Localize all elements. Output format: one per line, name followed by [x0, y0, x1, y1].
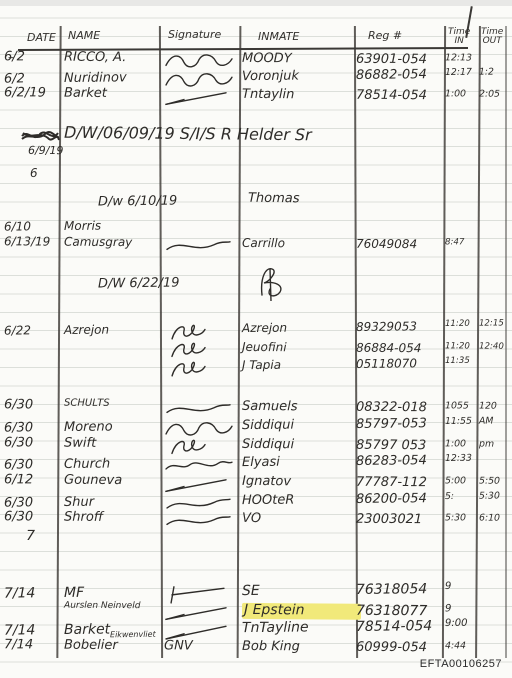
- header-time-out-bottom: OUT: [483, 36, 502, 46]
- cell-time_in: 5:30: [445, 513, 476, 523]
- handwritten-annotation: 6: [30, 166, 38, 180]
- cell-name: SCHULTS: [64, 399, 160, 410]
- cell-inmate: Samuels: [242, 400, 354, 414]
- cell-name: Camusgray: [64, 236, 160, 249]
- cell-name: Bobelier: [64, 639, 160, 653]
- cell-inmate: Bob King: [242, 640, 354, 654]
- scan-edge: [0, 0, 512, 6]
- cell-time_in: 9:00: [445, 619, 476, 629]
- cell-reg: 77787-112: [356, 476, 442, 490]
- cell-reg: 86200-054: [356, 492, 442, 506]
- header-inmate: INMATE: [258, 30, 299, 43]
- cell-time_in: 12:33: [445, 454, 476, 464]
- cell-time_in: 1:00: [445, 89, 476, 99]
- cell-inmate: J Tapia: [242, 358, 354, 371]
- cell-reg: 78514-054: [356, 619, 442, 634]
- cell-name: RICCO, A.: [64, 51, 160, 65]
- cell-name: Church: [64, 457, 160, 471]
- cell-time_in: 11:20: [445, 342, 476, 351]
- cell-reg: 85797-053: [356, 417, 442, 431]
- header-name: NAME: [68, 29, 100, 42]
- cell-name: Shroff: [64, 511, 160, 525]
- bates-number: EFTA00106257: [420, 658, 502, 670]
- cell-time_in: 11:55: [445, 417, 476, 427]
- cell-name: Azrejon: [64, 323, 160, 336]
- cell-date: 6/30: [4, 510, 58, 523]
- cell-time_out: 12:15: [479, 319, 511, 328]
- cell-time_out: 5:30: [479, 491, 511, 501]
- cell-time_in: 1055: [445, 401, 476, 411]
- header-date: DATE: [27, 31, 56, 44]
- cell-reg: 63901-054: [356, 53, 442, 67]
- cell-time_out: pm: [479, 440, 511, 450]
- signature-scribble: [164, 511, 236, 535]
- cell-reg: 05118070: [356, 357, 442, 370]
- cell-time_out: AM: [479, 416, 511, 426]
- header-reg: Reg #: [368, 29, 402, 42]
- cell-name: MF: [64, 585, 160, 600]
- handwritten-annotation: 7: [26, 528, 35, 544]
- cell-inmate: J Epstein: [242, 603, 361, 620]
- cell-date: 6/22: [4, 324, 58, 337]
- cell-inmate: Siddiqui: [242, 418, 354, 432]
- cell-inmate: HOOteR: [242, 493, 354, 507]
- cell-time_out: 2:05: [479, 90, 511, 100]
- cell-name: Swift: [64, 437, 160, 451]
- cell-reg: 23003021: [356, 513, 442, 527]
- cell-inmate: Ignatov: [242, 475, 354, 489]
- cell-reg: 76318054: [356, 582, 442, 597]
- signature-scribble: [164, 236, 236, 259]
- header-time-in-bottom: IN: [454, 36, 463, 46]
- scanned-log-page: DATE NAME Signature INMATE Reg # Time IN…: [0, 0, 512, 678]
- cell-name: Barket: [64, 87, 160, 101]
- cell-date: 7/14: [4, 623, 58, 638]
- log-row: J Tapia0511807011:35: [0, 356, 512, 381]
- cell-inmate: Carrillo: [242, 237, 354, 250]
- cell-time_in: 8:47: [445, 238, 476, 247]
- cell-sig: [164, 218, 236, 219]
- cell-time_in: 12:13: [445, 53, 476, 63]
- cell-name: Morris: [64, 219, 160, 232]
- cell-inmate: Jeuofini: [242, 341, 354, 354]
- cell-inmate: [242, 217, 354, 218]
- cell-time_in: 11:35: [445, 357, 476, 366]
- cell-name: Moreno: [64, 420, 160, 434]
- cell-date: [4, 361, 58, 362]
- cell-date: 6/2: [4, 72, 58, 86]
- cell-reg: 78514-054: [356, 89, 442, 103]
- header-time-in: Time IN: [448, 28, 470, 46]
- cell-date: 7/14: [4, 638, 58, 651]
- cell-inmate: MOODY: [242, 52, 354, 66]
- cell-time_out: 5:50: [479, 477, 511, 487]
- cell-date: 6/2/19: [4, 86, 58, 99]
- cell-reg: 76318077: [356, 604, 442, 619]
- cell-time_out: 120: [479, 402, 511, 412]
- cell-reg: 76049084: [356, 238, 442, 251]
- cell-inmate: Siddiqui: [242, 438, 354, 452]
- handwritten-annotation: Thomas: [248, 191, 300, 207]
- cell-date: 6/30: [4, 421, 58, 435]
- handwritten-annotation: D/W 6/22/19: [98, 276, 180, 292]
- cell-reg: 08322-018: [356, 401, 442, 415]
- cell-reg: 86882-054: [356, 68, 442, 82]
- cell-time_in: 9: [445, 604, 476, 614]
- cell-inmate: VO: [242, 512, 354, 526]
- cell-time_out: 1:2: [479, 67, 511, 77]
- log-row: 6/30ShroffVO230030215:306:10: [0, 510, 512, 534]
- cell-time_in: 12:17: [445, 68, 476, 78]
- cell-name: Gouneva: [64, 474, 160, 488]
- cell-reg: 60999-054: [356, 641, 442, 655]
- cell-inmate: TnTayline: [242, 620, 354, 635]
- handwritten-annotation: –: [8, 50, 14, 64]
- cell-inmate: Voronjuk: [242, 69, 354, 83]
- scribbled-out-date: [20, 128, 60, 144]
- cell-time_in: 5:: [445, 492, 476, 502]
- cell-name: Aurslen Neinveld: [64, 602, 160, 612]
- cell-date: 6/30: [4, 398, 58, 411]
- cell-time_in: 4:44: [445, 641, 476, 651]
- cell-time_in: 9: [445, 582, 476, 592]
- cell-reg: 85797 053: [356, 439, 442, 453]
- handwritten-annotation: Eikwenvliet: [110, 630, 156, 640]
- cell-date: 6/30: [4, 436, 58, 449]
- cell-date: 6/12: [4, 473, 58, 486]
- cell-reg: 86283-054: [356, 454, 442, 468]
- cell-date: 6/10: [4, 220, 58, 233]
- cell-time_out: 6:10: [479, 514, 511, 524]
- header-time-out: Time OUT: [481, 28, 503, 46]
- cell-inmate: Elyasi: [242, 455, 354, 469]
- cell-inmate: SE: [242, 583, 354, 598]
- signature-scribble: [164, 87, 236, 111]
- cell-inmate: Tntaylin: [242, 88, 354, 102]
- cell-time_in: 11:20: [445, 320, 476, 329]
- handwritten-annotation: D/w 6/10/19: [98, 194, 177, 210]
- cell-name: [64, 360, 160, 361]
- signature-scribble: [164, 359, 236, 382]
- cell-reg: [356, 216, 442, 217]
- cell-name: [64, 340, 160, 341]
- log-row: 6/2/19BarketTntaylin78514-0541:002:05: [0, 86, 512, 110]
- signature-scribble: [240, 265, 300, 301]
- cell-date: 7/14: [4, 586, 58, 601]
- cell-date: 6/30: [4, 458, 58, 472]
- cell-time_out: 12:40: [479, 343, 511, 352]
- header-signature: Signature: [168, 28, 221, 41]
- log-row: 6/13/19CamusgrayCarrillo760490848:47: [0, 235, 512, 259]
- cell-date: 6/13/19: [4, 235, 58, 247]
- cell-date: 6/30: [4, 496, 58, 510]
- cell-name: Nuridinov: [64, 71, 160, 85]
- cell-inmate: Azrejon: [242, 321, 354, 334]
- cell-reg: 89329053: [356, 320, 442, 333]
- cell-reg: 86884-054: [356, 342, 442, 355]
- cell-sig: GNV: [164, 639, 236, 653]
- cell-time_in: 1:00: [445, 439, 476, 449]
- handwritten-annotation: 6/9/19: [28, 144, 64, 157]
- handwritten-annotation: D/W/06/09/19 S/I/S R Helder Sr: [64, 123, 312, 145]
- cell-time_in: 5:00: [445, 476, 476, 486]
- cell-name: Shur: [64, 495, 160, 509]
